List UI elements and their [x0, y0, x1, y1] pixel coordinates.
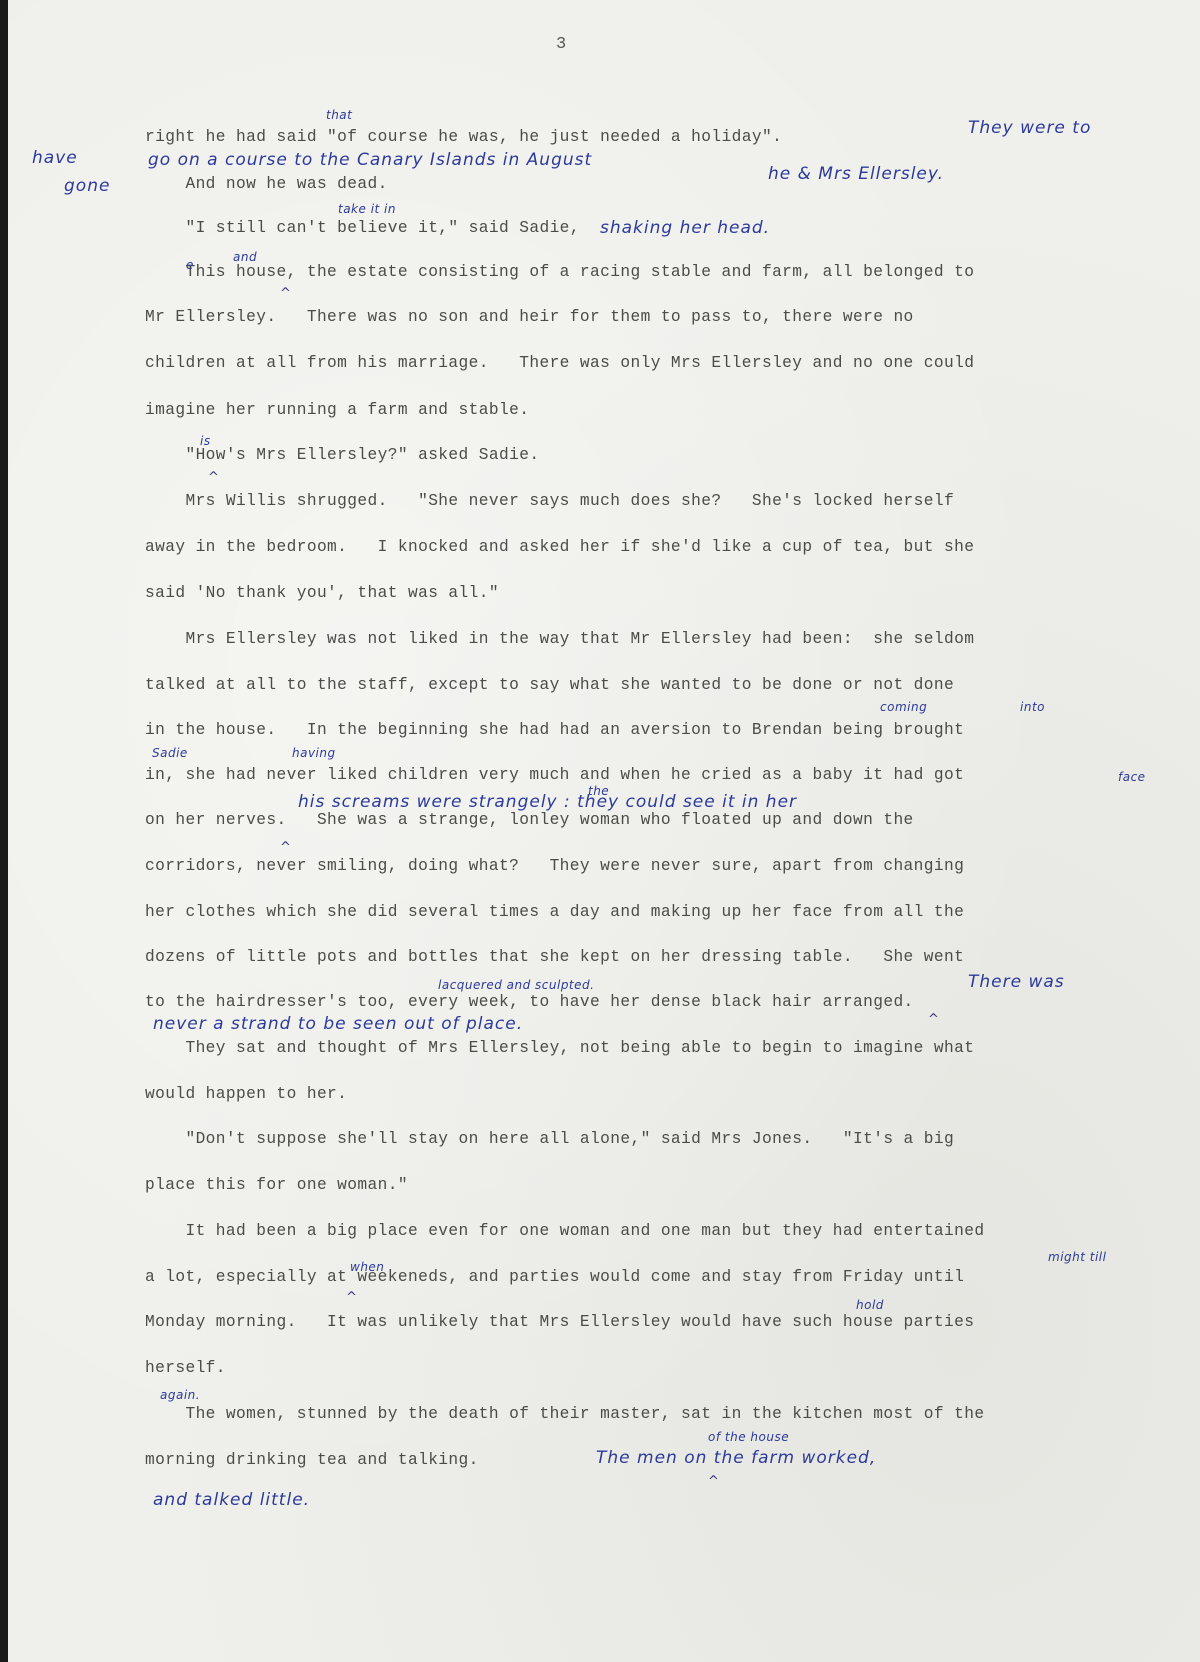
typed-line: corridors, never smiling, doing what? Th…	[145, 857, 964, 875]
typed-line: would happen to her.	[145, 1085, 347, 1103]
insertion-caret: ^	[208, 470, 219, 485]
handwritten-annotation: might till	[1048, 1250, 1106, 1264]
typed-line: imagine her running a farm and stable.	[145, 401, 529, 419]
handwritten-annotation: into	[1020, 700, 1045, 714]
typed-line: Mrs Ellersley was not liked in the way t…	[145, 630, 974, 648]
typed-line: It had been a big place even for one wom…	[145, 1222, 984, 1240]
typed-line: Mr Ellersley. There was no son and heir …	[145, 308, 914, 326]
handwritten-annotation: Sadie	[152, 746, 188, 760]
handwritten-annotation: The men on the farm worked,	[596, 1448, 876, 1468]
typed-line: morning drinking tea and talking.	[145, 1451, 479, 1469]
typed-line: away in the bedroom. I knocked and asked…	[145, 538, 974, 556]
handwritten-annotation: e	[186, 258, 194, 272]
handwritten-annotation: that	[326, 108, 352, 122]
typed-line: in, she had never liked children very mu…	[145, 766, 964, 784]
handwritten-annotation: take it in	[338, 202, 396, 216]
handwritten-annotation: go on a course to the Canary Islands in …	[148, 150, 592, 170]
insertion-caret: ^	[346, 1290, 357, 1305]
page-number: 3	[556, 35, 566, 54]
handwritten-annotation: having	[292, 746, 336, 760]
typed-line: And now he was dead.	[145, 175, 388, 193]
handwritten-annotation: when	[350, 1260, 384, 1274]
handwritten-annotation: face	[1118, 770, 1146, 784]
handwritten-annotation: he & Mrs Ellersley.	[768, 164, 944, 184]
insertion-caret: ^	[280, 840, 291, 855]
typed-line: "How's Mrs Ellersley?" asked Sadie.	[145, 446, 539, 464]
handwritten-annotation: They were to	[968, 118, 1091, 138]
handwritten-annotation: the	[588, 784, 609, 798]
handwritten-annotation: hold	[856, 1298, 884, 1312]
handwritten-annotation: gone	[64, 176, 110, 196]
typed-line: place this for one woman."	[145, 1176, 408, 1194]
typed-line: herself.	[145, 1359, 226, 1377]
typed-line: talked at all to the staff, except to sa…	[145, 676, 954, 694]
typed-line: children at all from his marriage. There…	[145, 354, 974, 372]
handwritten-annotation: is	[200, 434, 211, 448]
handwritten-annotation: have	[32, 148, 78, 168]
handwritten-annotation: and	[233, 250, 257, 264]
insertion-caret: ^	[280, 286, 291, 301]
typed-line: Mrs Willis shrugged. "She never says muc…	[145, 492, 954, 510]
handwritten-annotation: and talked little.	[153, 1490, 310, 1510]
handwritten-annotation: again.	[160, 1388, 200, 1402]
handwritten-annotation: his screams were strangely : they could …	[298, 792, 797, 812]
typed-line: in the house. In the beginning she had h…	[145, 721, 964, 739]
handwritten-annotation: never a strand to be seen out of place.	[153, 1014, 523, 1034]
insertion-caret: ^	[928, 1012, 939, 1027]
typed-line: This house, the estate consisting of a r…	[145, 263, 974, 281]
handwritten-annotation: shaking her head.	[600, 218, 770, 238]
handwritten-annotation: coming	[880, 700, 927, 714]
typed-line: on her nerves. She was a strange, lonley…	[145, 811, 914, 829]
handwritten-annotation: There was	[968, 972, 1065, 992]
typed-line: a lot, especially at weekeneds, and part…	[145, 1268, 964, 1286]
typed-line: to the hairdresser's too, every week, to…	[145, 993, 914, 1011]
typed-line: her clothes which she did several times …	[145, 903, 964, 921]
insertion-caret: ^	[708, 1474, 719, 1489]
typed-line: said 'No thank you', that was all."	[145, 584, 499, 602]
typed-line: dozens of little pots and bottles that s…	[145, 948, 964, 966]
typed-line: "I still can't believe it," said Sadie,	[145, 219, 580, 237]
handwritten-annotation: of the house	[708, 1430, 789, 1444]
typed-line: The women, stunned by the death of their…	[145, 1405, 984, 1423]
typed-line: right he had said "of course he was, he …	[145, 128, 782, 146]
typed-line: "Don't suppose she'll stay on here all a…	[145, 1130, 954, 1148]
typed-line: Monday morning. It was unlikely that Mrs…	[145, 1313, 974, 1331]
handwritten-annotation: lacquered and sculpted.	[438, 978, 594, 992]
manuscript-page: 3 right he had said "of course he was, h…	[8, 0, 1200, 1662]
typed-line: They sat and thought of Mrs Ellersley, n…	[145, 1039, 974, 1057]
